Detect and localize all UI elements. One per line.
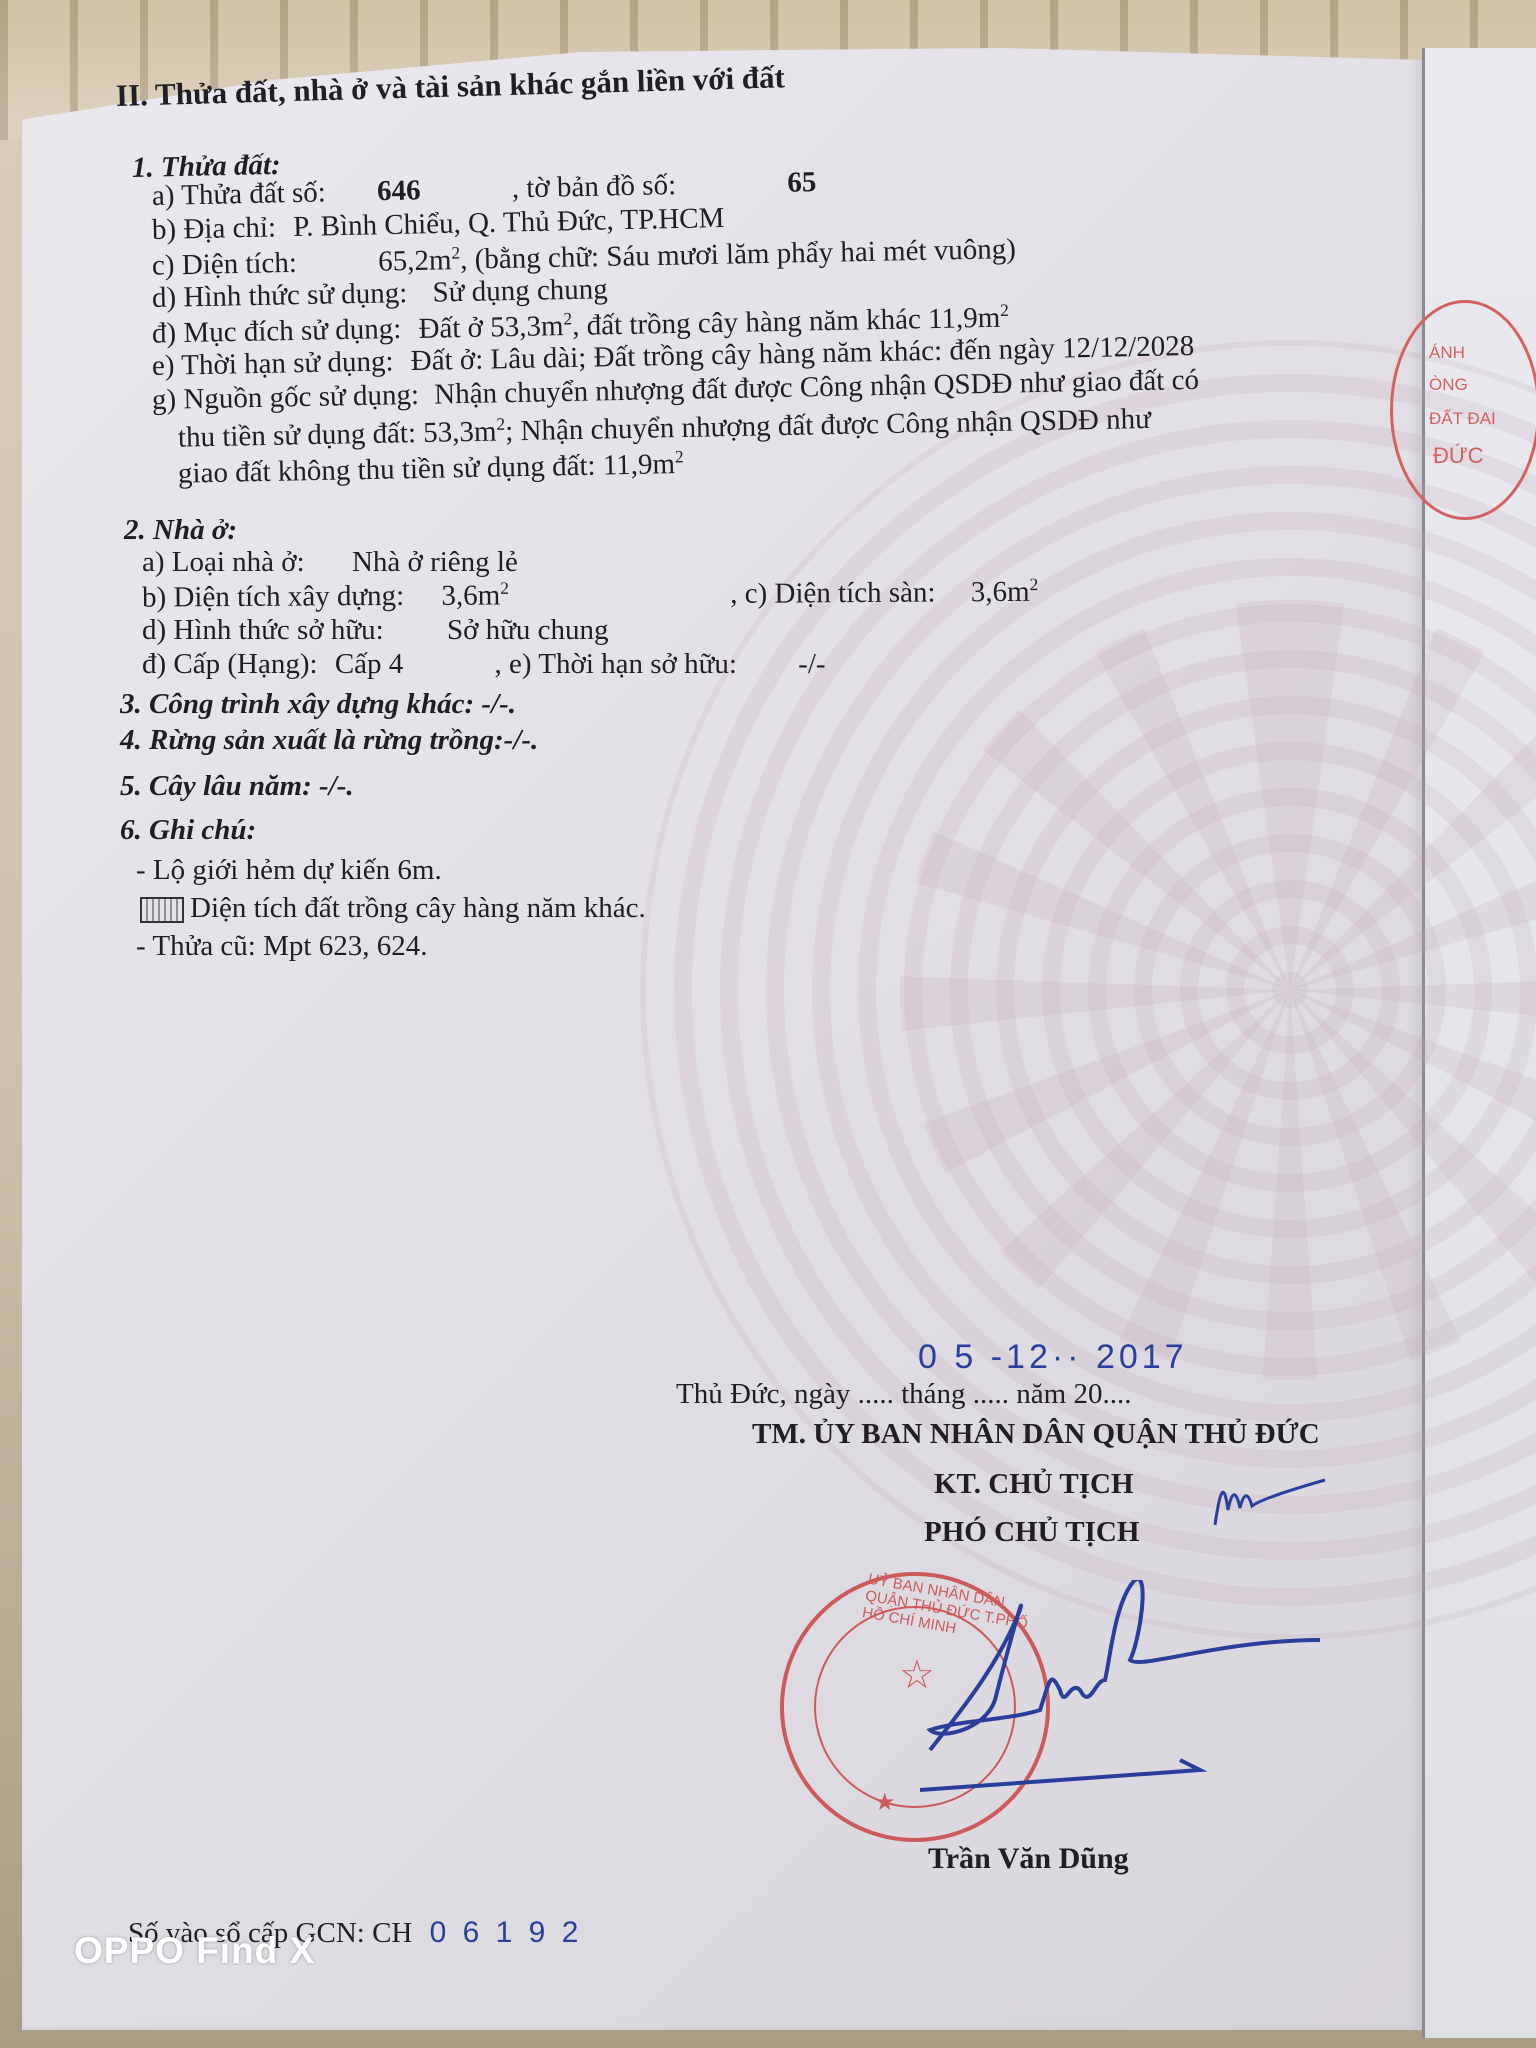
purpose-label: đ) Mục đích sử dụng: [152,313,402,350]
area-words: , (bằng chữ: Sáu mươi lăm phẩy hai mét v… [460,233,1016,276]
build-area-label: b) Diện tích xây dựng: [142,580,404,614]
ownership-label: d) Hình thức sở hữu: [142,614,384,646]
grade-label: đ) Cấp (Hạng): [142,648,318,680]
notes-heading: 6. Ghi chú: [120,814,256,847]
build-area-value: 3,6m2 [441,579,509,611]
hatched-legend-icon [140,897,184,923]
signer-name: Trần Văn Dũng [928,1842,1129,1876]
area-value: 65,2m2 [378,244,461,278]
place-date-line: Thủ Đức, ngày ..... tháng ..... năm 20..… [676,1378,1131,1411]
handwritten-signature [900,1580,1320,1800]
address-label: b) Địa chỉ: [152,211,277,246]
section-title: II. Thửa đất, nhà ở và tài sản khác gắn … [115,59,785,114]
signer-role-2: PHÓ CHỦ TỊCH [924,1516,1139,1549]
grade-row: đ) Cấp (Hạng): Cấp 4 , e) Thời hạn sở hữ… [142,648,826,681]
production-forest: 4. Rừng sản xuất là rừng trồng:-/-. [120,724,538,757]
origin-label: g) Nguồn gốc sử dụng: [152,379,420,416]
note-item: - Lộ giới hẻm dự kiến 6m. [136,854,442,887]
parcel-number: 646 [377,174,421,207]
perennial-trees: 5. Cây lâu năm: -/-. [120,770,354,803]
registry-number: 0 6 1 9 2 [430,1916,583,1949]
house-type-label: a) Loại nhà ở: [142,546,305,578]
map-number: 65 [787,166,817,199]
area-label: c) Diện tích: [152,247,298,282]
stamped-date: 0 5 -12·· 2017 [918,1338,1188,1377]
initial-signature [1210,1470,1330,1530]
house-heading: 2. Nhà ở: [124,514,237,547]
camera-watermark: OPPO Find X [74,1930,315,1972]
document-content: II. Thửa đất, nhà ở và tài sản khác gắn … [0,0,1536,2048]
parcel-label: a) Thửa đất số: [152,176,326,212]
signer-role-1: KT. CHỦ TỊCH [934,1468,1134,1501]
use-form-label: d) Hình thức sử dụng: [152,277,408,314]
ownership-value: Sở hữu chung [447,614,609,646]
floor-area-value: 3,6m2 [971,575,1039,607]
house-type-row: a) Loại nhà ở: Nhà ở riêng lẻ [142,546,518,579]
map-label: , tờ bản đồ số: [511,169,676,204]
note-item: Diện tích đất trồng cây hàng năm khác. [140,892,646,925]
house-type-value: Nhà ở riêng lẻ [352,546,518,578]
note-item: - Thửa cũ: Mpt 623, 624. [136,930,427,963]
other-works: 3. Công trình xây dựng khác: -/-. [120,688,516,721]
grade-value: Cấp 4 [335,648,403,680]
build-area-row: b) Diện tích xây dựng: 3,6m2 , c) Diện t… [142,574,1039,615]
own-term-value: -/- [798,648,825,680]
seal-bottom-star-icon: ★ [874,1788,896,1817]
floor-area-label: , c) Diện tích sàn: [730,576,936,609]
term-label: e) Thời hạn sử dụng: [152,345,394,382]
use-form-value: Sử dụng chung [432,273,608,308]
issuing-authority: TM. ỦY BAN NHÂN DÂN QUẬN THỦ ĐỨC [752,1418,1320,1451]
own-term-label: , e) Thời hạn sở hữu: [495,648,737,680]
ownership-row: d) Hình thức sở hữu: Sở hữu chung [142,614,609,647]
